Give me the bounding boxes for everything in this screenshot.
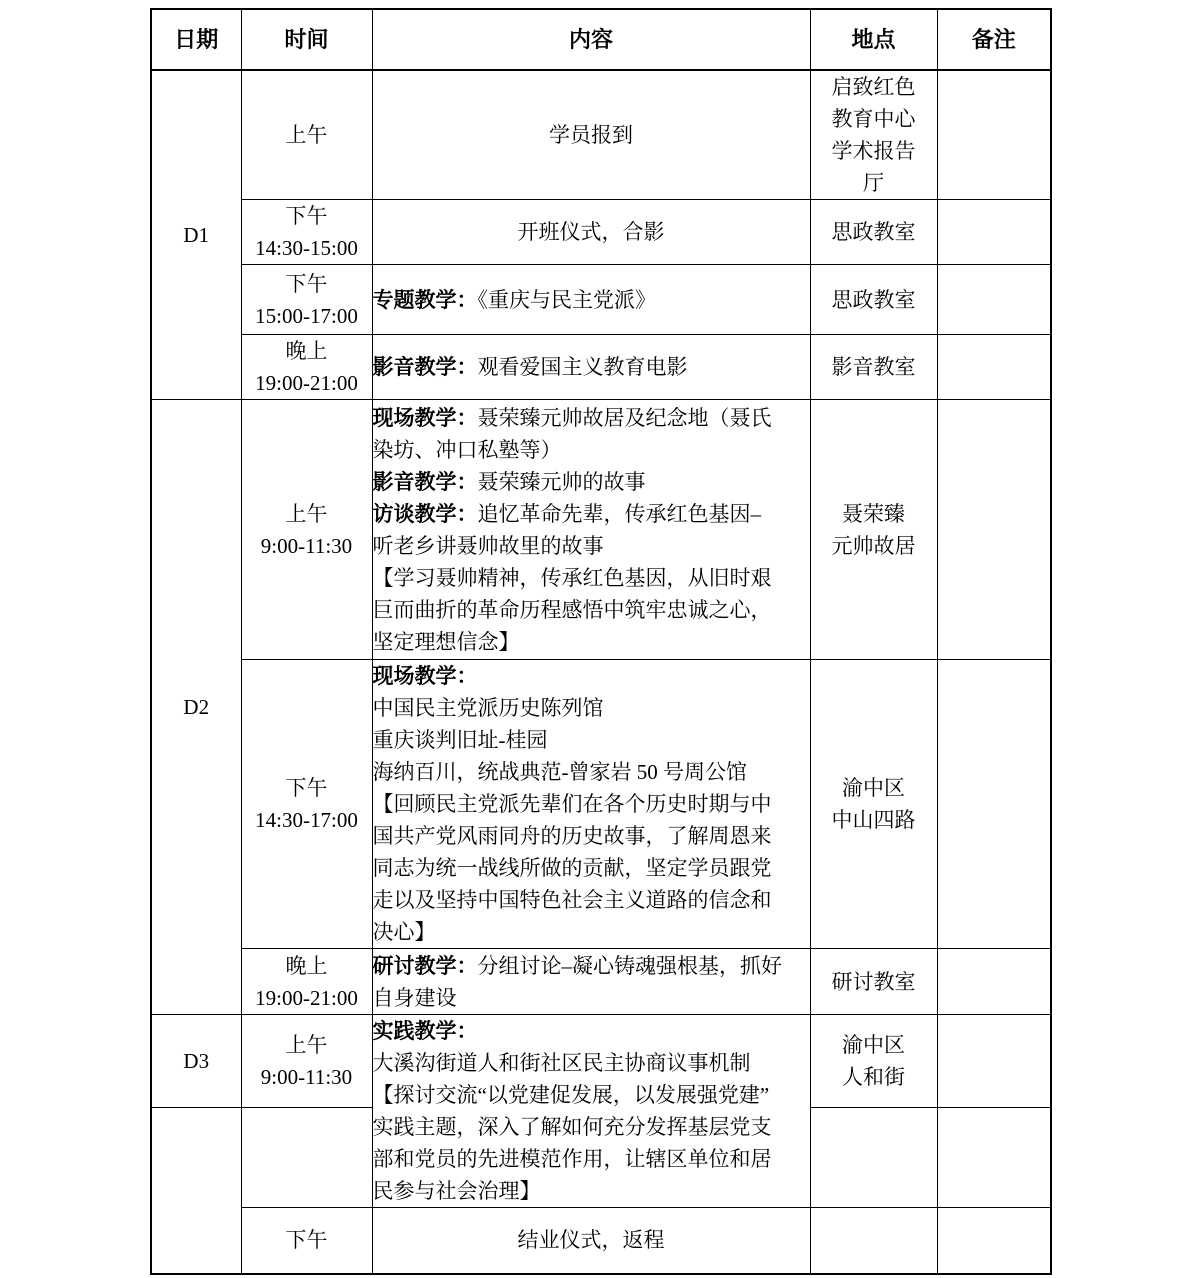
time-period: 晚上 <box>242 335 372 367</box>
remark-cell-r2 <box>937 200 1051 265</box>
lesson-text: 国共产党风雨同舟的历史故事，了解周恩来 <box>373 824 772 848</box>
remark-cell-r8 <box>937 1015 1051 1108</box>
remark-cell-r3 <box>937 265 1051 335</box>
time-period: 上午 <box>242 119 372 151</box>
lesson-type-label: 现场教学： <box>373 664 478 688</box>
lesson-text: 聂荣臻元帅的故事 <box>478 470 646 494</box>
lesson-text: 聂荣臻元帅故居及纪念地（聂氏 <box>478 406 772 430</box>
time-range: 19:00-21:00 <box>242 367 372 399</box>
remark-cell-r10 <box>937 1208 1051 1274</box>
lesson-text: 走以及坚持中国特色社会主义道路的信念和 <box>373 888 772 912</box>
time-cell-r8: 上午 9:00-11:30 <box>241 1015 372 1108</box>
lesson-text: 分组讨论–凝心铸魂强根基，抓好 <box>478 954 783 978</box>
content-cell-r1: 学员报到 <box>372 70 810 200</box>
header-cell-time: 时间 <box>241 9 372 70</box>
time-range: 14:30-17:00 <box>242 804 372 836</box>
lesson-type-label: 现场教学： <box>373 406 478 430</box>
location-line: 启致红色 <box>811 71 937 103</box>
time-cell-r3: 下午 15:00-17:00 <box>241 265 372 335</box>
content-line: 专题教学：《重庆与民主党派》 <box>373 284 810 316</box>
content-cell-r6: 现场教学： 中国民主党派历史陈列馆 重庆谈判旧址-桂园 海纳百川，统战典范-曾家… <box>372 660 810 949</box>
lesson-text: 中国民主党派历史陈列馆 <box>373 696 604 720</box>
time-range: 9:00-11:30 <box>242 530 372 562</box>
day-cell-d2: D2 <box>151 400 241 1015</box>
lesson-text: 重庆谈判旧址-桂园 <box>373 728 548 752</box>
time-cell-r10: 下午 <box>241 1208 372 1274</box>
content-line: 中国民主党派历史陈列馆 <box>373 692 810 724</box>
content-line: 实践教学： <box>373 1015 810 1047</box>
time-range: 15:00-17:00 <box>242 300 372 332</box>
lesson-text: 民参与社会治理】 <box>373 1179 541 1203</box>
location-line: 元帅故居 <box>811 530 937 562</box>
time-range: 9:00-11:30 <box>242 1061 372 1093</box>
content-line: 现场教学：聂荣臻元帅故居及纪念地（聂氏 <box>373 402 810 434</box>
content-line: 听老乡讲聂帅故里的故事 <box>373 530 810 562</box>
lesson-text: 追忆革命先辈，传承红色基因– <box>478 502 762 526</box>
lesson-text: 【回顾民主党派先辈们在各个历史时期与中 <box>373 792 772 816</box>
content-cell-r10: 结业仪式，返程 <box>372 1208 810 1274</box>
content-line: 访谈教学：追忆革命先辈，传承红色基因– <box>373 498 810 530</box>
location-line: 渝中区 <box>811 772 937 804</box>
lesson-type-label: 影音教学： <box>373 470 478 494</box>
location-line: 中山四路 <box>811 804 937 836</box>
location-cell-r10 <box>810 1208 937 1274</box>
content-line: 重庆谈判旧址-桂园 <box>373 724 810 756</box>
location-cell-r6: 渝中区 中山四路 <box>810 660 937 949</box>
time-cell-r1: 上午 <box>241 70 372 200</box>
location-cell-r8: 渝中区 人和街 <box>810 1015 937 1108</box>
content-line: 海纳百川，统战典范-曾家岩 50 号周公馆 <box>373 756 810 788</box>
content-line: 染坊、冲口私塾等） <box>373 434 810 466</box>
lesson-type-label: 访谈教学： <box>373 502 478 526</box>
time-period: 下午 <box>242 1224 372 1256</box>
content-line: 民参与社会治理】 <box>373 1175 810 1207</box>
location-cell-r7: 研讨教室 <box>810 949 937 1015</box>
content-line: 同志为统一战线所做的贡献，坚定学员跟党 <box>373 852 810 884</box>
lesson-text: 《重庆与民主党派》 <box>478 288 657 312</box>
header-cell-remark: 备注 <box>937 9 1051 70</box>
lesson-type-label: 研讨教学： <box>373 954 478 978</box>
time-period: 下午 <box>242 268 372 300</box>
lesson-type-label: 影音教学： <box>373 355 478 379</box>
content-line: 实践主题，深入了解如何充分发挥基层党支 <box>373 1111 810 1143</box>
time-cell-r6: 下午 14:30-17:00 <box>241 660 372 949</box>
lesson-text: 实践主题，深入了解如何充分发挥基层党支 <box>373 1115 772 1139</box>
lesson-text: 观看爱国主义教育电影 <box>478 355 688 379</box>
header-cell-content: 内容 <box>372 9 810 70</box>
location-cell-r1: 启致红色 教育中心 学术报告 厅 <box>810 70 937 200</box>
location-line: 厅 <box>811 167 937 199</box>
lesson-text: 坚定理想信念】 <box>373 630 520 654</box>
page: 日期 时间 内容 地点 备注 D1 上午 学员报到 启致红色 教育中心 学术报告… <box>0 0 1200 1278</box>
lesson-text: 自身建设 <box>373 986 457 1010</box>
content-line: 【回顾民主党派先辈们在各个历史时期与中 <box>373 788 810 820</box>
content-line: 自身建设 <box>373 982 810 1014</box>
lesson-text: 大溪沟街道人和街社区民主协商议事机制 <box>373 1051 751 1075</box>
time-range: 14:30-15:00 <box>242 232 372 264</box>
lesson-text: 决心】 <box>373 920 436 944</box>
header-cell-location: 地点 <box>810 9 937 70</box>
remark-cell-r4 <box>937 335 1051 400</box>
time-period: 下午 <box>242 772 372 804</box>
lesson-text: 巨而曲折的革命历程感悟中筑牢忠诚之心， <box>373 598 772 622</box>
remark-cell-r9 <box>937 1108 1051 1208</box>
remark-cell-r1 <box>937 70 1051 200</box>
content-cell-r5: 现场教学：聂荣臻元帅故居及纪念地（聂氏 染坊、冲口私塾等） 影音教学：聂荣臻元帅… <box>372 400 810 660</box>
time-cell-r5: 上午 9:00-11:30 <box>241 400 372 660</box>
content-line: 大溪沟街道人和街社区民主协商议事机制 <box>373 1047 810 1079</box>
time-cell-r4: 晚上 19:00-21:00 <box>241 335 372 400</box>
location-line: 人和街 <box>811 1061 937 1093</box>
content-line: 走以及坚持中国特色社会主义道路的信念和 <box>373 884 810 916</box>
content-line: 影音教学：观看爱国主义教育电影 <box>373 351 810 383</box>
lesson-text: 部和党员的先进模范作用，让辖区单位和居 <box>373 1147 772 1171</box>
location-line: 学术报告 <box>811 135 937 167</box>
lesson-text: 染坊、冲口私塾等） <box>373 438 562 462</box>
content-line: 坚定理想信念】 <box>373 626 810 658</box>
location-cell-r3: 思政教室 <box>810 265 937 335</box>
remark-cell-r7 <box>937 949 1051 1015</box>
location-line: 思政教室 <box>811 216 937 248</box>
header-cell-date: 日期 <box>151 9 241 70</box>
location-line: 思政教室 <box>811 284 937 316</box>
content-cell-r8: 实践教学： 大溪沟街道人和街社区民主协商议事机制 【探讨交流“以党建促发展，以发… <box>372 1015 810 1208</box>
location-cell-r4: 影音教室 <box>810 335 937 400</box>
remark-cell-r6 <box>937 660 1051 949</box>
location-cell-r5: 聂荣臻 元帅故居 <box>810 400 937 660</box>
content-cell-r4: 影音教学：观看爱国主义教育电影 <box>372 335 810 400</box>
day-cell-d3: D3 <box>151 1015 241 1108</box>
time-range: 19:00-21:00 <box>242 982 372 1014</box>
content-cell-r3: 专题教学：《重庆与民主党派》 <box>372 265 810 335</box>
time-period: 上午 <box>242 498 372 530</box>
lesson-text: 海纳百川，统战典范-曾家岩 50 号周公馆 <box>373 760 748 784</box>
time-cell-r9 <box>241 1108 372 1208</box>
location-cell-r2: 思政教室 <box>810 200 937 265</box>
location-cell-r9 <box>810 1108 937 1208</box>
location-line: 渝中区 <box>811 1029 937 1061</box>
lesson-type-label: 专题教学： <box>373 288 478 312</box>
time-period: 上午 <box>242 1029 372 1061</box>
content-line: 现场教学： <box>373 660 810 692</box>
day-cell-empty <box>151 1108 241 1274</box>
content-line: 影音教学：聂荣臻元帅的故事 <box>373 466 810 498</box>
content-cell-r7: 研讨教学：分组讨论–凝心铸魂强根基，抓好 自身建设 <box>372 949 810 1015</box>
remark-cell-r5 <box>937 400 1051 660</box>
lesson-text: 【探讨交流“以党建促发展，以发展强党建” <box>373 1083 770 1107</box>
location-line: 研讨教室 <box>811 966 937 998</box>
location-line: 教育中心 <box>811 103 937 135</box>
time-period: 晚上 <box>242 950 372 982</box>
lesson-text: 同志为统一战线所做的贡献，坚定学员跟党 <box>373 856 772 880</box>
time-cell-r2: 下午 14:30-15:00 <box>241 200 372 265</box>
content-line: 部和党员的先进模范作用，让辖区单位和居 <box>373 1143 810 1175</box>
day-cell-d1: D1 <box>151 70 241 400</box>
lesson-type-label: 实践教学： <box>373 1019 478 1043</box>
content-cell-r2: 开班仪式，合影 <box>372 200 810 265</box>
content-line: 【学习聂帅精神，传承红色基因，从旧时艰 <box>373 562 810 594</box>
time-cell-r7: 晚上 19:00-21:00 <box>241 949 372 1015</box>
content-line: 巨而曲折的革命历程感悟中筑牢忠诚之心， <box>373 594 810 626</box>
time-period: 下午 <box>242 200 372 232</box>
content-line: 决心】 <box>373 916 810 948</box>
content-line: 研讨教学：分组讨论–凝心铸魂强根基，抓好 <box>373 950 810 982</box>
location-line: 影音教室 <box>811 351 937 383</box>
lesson-text: 听老乡讲聂帅故里的故事 <box>373 534 604 558</box>
content-line: 【探讨交流“以党建促发展，以发展强党建” <box>373 1079 810 1111</box>
schedule-table: 日期 时间 内容 地点 备注 D1 上午 学员报到 启致红色 教育中心 学术报告… <box>150 8 1052 1275</box>
location-line: 聂荣臻 <box>811 498 937 530</box>
lesson-text: 【学习聂帅精神，传承红色基因，从旧时艰 <box>373 566 772 590</box>
content-line: 国共产党风雨同舟的历史故事，了解周恩来 <box>373 820 810 852</box>
